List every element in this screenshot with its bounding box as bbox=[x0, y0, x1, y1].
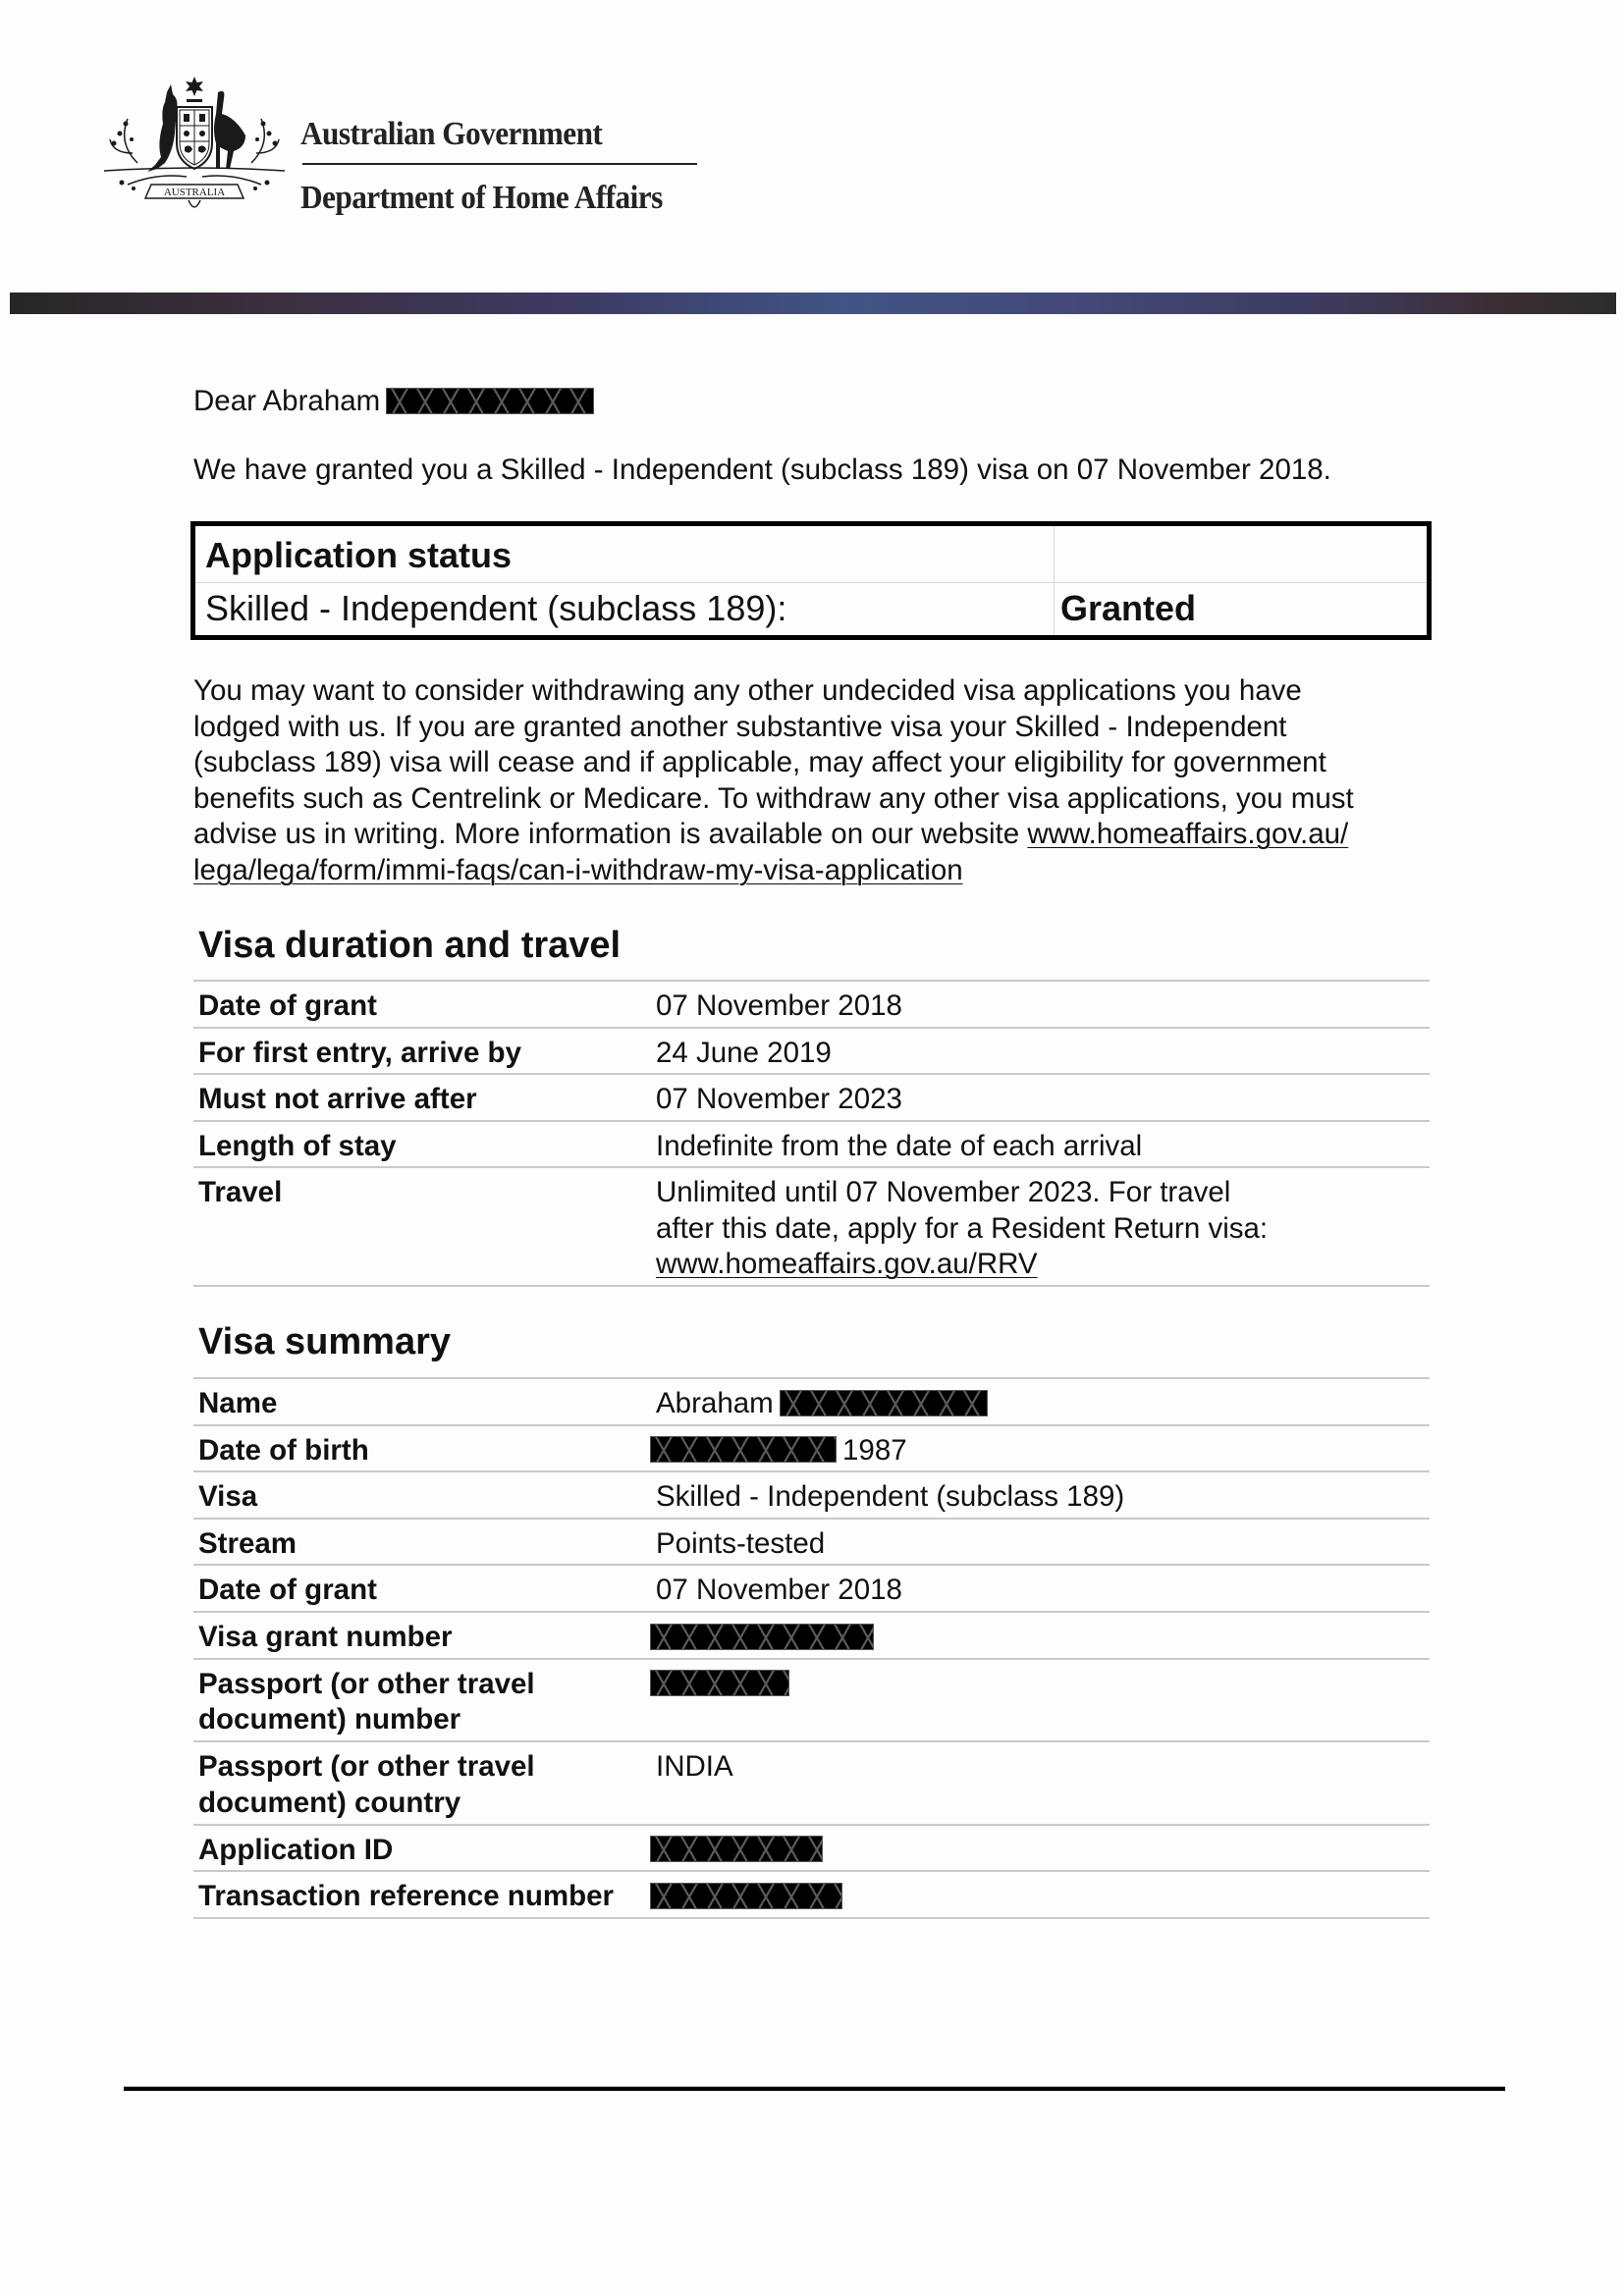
government-name: Australian Government bbox=[300, 116, 602, 153]
travel-text-line: Unlimited until 07 November 2023. For tr… bbox=[656, 1175, 1268, 1211]
row-label: Visa grant number bbox=[198, 1620, 630, 1656]
table-row: Passport (or other traveldocument) count… bbox=[193, 1742, 1430, 1826]
row-value bbox=[650, 1833, 823, 1869]
row-label: Name bbox=[198, 1386, 630, 1422]
row-label: Must not arrive after bbox=[198, 1082, 630, 1118]
notice-line: lega/lega/form/immi-faqs/can-i-withdraw-… bbox=[193, 853, 1440, 889]
redacted-surname bbox=[780, 1390, 988, 1416]
withdraw-faq-link-continued[interactable]: lega/lega/form/immi-faqs/can-i-withdraw-… bbox=[193, 854, 963, 886]
header-divider bbox=[302, 163, 697, 165]
given-name: Abraham bbox=[656, 1387, 774, 1419]
status-row-divider bbox=[195, 582, 1427, 583]
table-row: Passport (or other traveldocument) numbe… bbox=[193, 1660, 1430, 1743]
salutation: Dear Abraham bbox=[193, 384, 594, 420]
birth-year: 1987 bbox=[842, 1434, 907, 1467]
table-row: Stream Points-tested bbox=[193, 1520, 1430, 1567]
withdraw-faq-link[interactable]: www.homeaffairs.gov.au/ bbox=[1027, 818, 1348, 850]
notice-line: benefits such as Centrelink or Medicare.… bbox=[193, 781, 1440, 818]
travel-text-line: after this date, apply for a Resident Re… bbox=[656, 1211, 1268, 1248]
row-value bbox=[650, 1667, 789, 1703]
table-row: Travel Unlimited until 07 November 2023.… bbox=[193, 1168, 1430, 1287]
summary-table: Name Abraham Date of birth 1987 Visa Ski… bbox=[193, 1377, 1430, 1919]
table-row: Date of grant 07 November 2018 bbox=[193, 982, 1430, 1029]
row-value: 07 November 2023 bbox=[656, 1082, 902, 1118]
row-value: 07 November 2018 bbox=[656, 1573, 902, 1609]
grant-sentence: We have granted you a Skilled - Independ… bbox=[193, 453, 1331, 489]
redacted-passport-number bbox=[650, 1670, 789, 1696]
status-column-divider bbox=[1054, 526, 1055, 635]
row-value: INDIA bbox=[656, 1749, 733, 1786]
row-label: Passport (or other traveldocument) numbe… bbox=[198, 1667, 630, 1738]
status-badge: Granted bbox=[1060, 588, 1196, 629]
table-row: Transaction reference number bbox=[193, 1872, 1430, 1919]
row-value: Abraham bbox=[656, 1386, 988, 1422]
svg-text:AUSTRALIA: AUSTRALIA bbox=[164, 187, 225, 198]
row-label: Transaction reference number bbox=[198, 1879, 660, 1915]
table-row: Date of grant 07 November 2018 bbox=[193, 1566, 1430, 1613]
header-accent-bar bbox=[10, 293, 1616, 314]
table-row: Name Abraham bbox=[193, 1379, 1430, 1426]
row-label: Date of grant bbox=[198, 1573, 630, 1609]
table-row: Date of birth 1987 bbox=[193, 1426, 1430, 1473]
redacted-surname bbox=[386, 388, 594, 414]
withdrawal-notice: You may want to consider withdrawing any… bbox=[193, 673, 1440, 889]
status-title: Application status bbox=[205, 535, 512, 576]
status-visa-label: Skilled - Independent (subclass 189): bbox=[205, 588, 786, 629]
row-value: 1987 bbox=[650, 1433, 907, 1469]
footer-divider bbox=[124, 2086, 1505, 2091]
redacted-application-id bbox=[650, 1836, 823, 1862]
coat-of-arms-icon: AUSTRALIA bbox=[98, 75, 291, 218]
notice-line: lodged with us. If you are granted anoth… bbox=[193, 710, 1440, 746]
row-label: Passport (or other traveldocument) count… bbox=[198, 1749, 630, 1821]
row-value: Points-tested bbox=[656, 1526, 825, 1563]
row-label: For first entry, arrive by bbox=[198, 1036, 630, 1072]
redacted-transaction-reference bbox=[650, 1883, 842, 1909]
row-value bbox=[650, 1620, 874, 1656]
row-label: Length of stay bbox=[198, 1129, 630, 1165]
duration-table: Date of grant 07 November 2018 For first… bbox=[193, 980, 1430, 1287]
table-row: For first entry, arrive by 24 June 2019 bbox=[193, 1029, 1430, 1076]
notice-line-text: advise us in writing. More information i… bbox=[193, 818, 1027, 850]
duration-section-title: Visa duration and travel bbox=[198, 925, 621, 967]
notice-line: (subclass 189) visa will cease and if ap… bbox=[193, 745, 1440, 781]
row-label: Stream bbox=[198, 1526, 630, 1563]
table-row: Visa Skilled - Independent (subclass 189… bbox=[193, 1472, 1430, 1520]
table-row: Visa grant number bbox=[193, 1613, 1430, 1660]
notice-line: You may want to consider withdrawing any… bbox=[193, 673, 1440, 710]
row-value: 07 November 2018 bbox=[656, 988, 902, 1025]
row-label: Travel bbox=[198, 1175, 630, 1211]
salutation-text: Dear Abraham bbox=[193, 385, 380, 417]
row-value: Indefinite from the date of each arrival bbox=[656, 1129, 1142, 1165]
row-label: Date of grant bbox=[198, 988, 630, 1025]
row-label: Application ID bbox=[198, 1833, 630, 1869]
row-value bbox=[650, 1879, 842, 1915]
table-row: Length of stay Indefinite from the date … bbox=[193, 1122, 1430, 1169]
department-name: Department of Home Affairs bbox=[300, 180, 663, 217]
notice-line: advise us in writing. More information i… bbox=[193, 817, 1440, 853]
row-label: Date of birth bbox=[198, 1433, 630, 1469]
resident-return-visa-link[interactable]: www.homeaffairs.gov.au/RRV bbox=[656, 1248, 1038, 1280]
row-value: Unlimited until 07 November 2023. For tr… bbox=[656, 1175, 1268, 1283]
row-value: 24 June 2019 bbox=[656, 1036, 832, 1072]
redacted-birth-day-month bbox=[650, 1436, 837, 1463]
application-status-box: Application status Skilled - Independent… bbox=[190, 521, 1432, 640]
table-row: Must not arrive after 07 November 2023 bbox=[193, 1075, 1430, 1122]
summary-section-title: Visa summary bbox=[198, 1321, 451, 1363]
table-row: Application ID bbox=[193, 1826, 1430, 1873]
row-label: Visa bbox=[198, 1479, 630, 1516]
row-value: Skilled - Independent (subclass 189) bbox=[656, 1479, 1124, 1516]
redacted-visa-grant-number bbox=[650, 1624, 874, 1650]
